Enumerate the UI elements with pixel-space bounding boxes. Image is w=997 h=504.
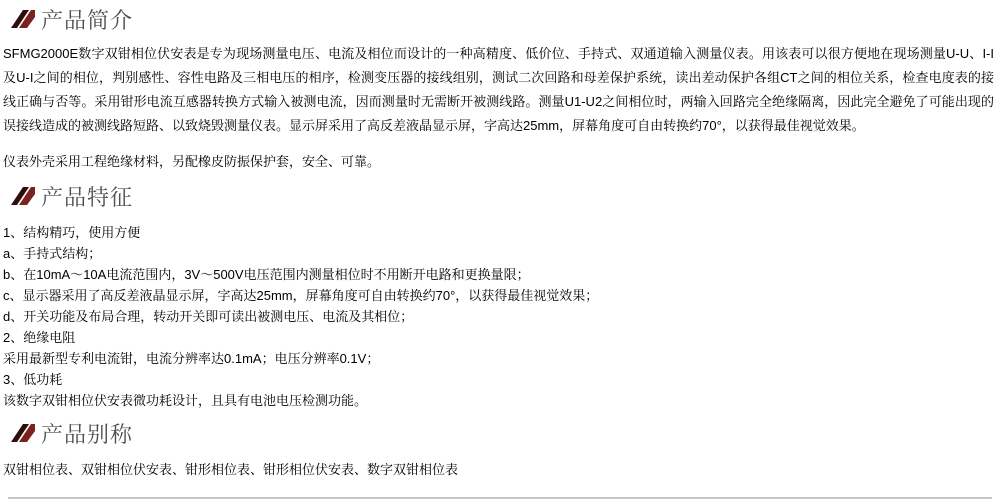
feature-line: 2、绝缘电阻 — [3, 327, 994, 348]
feature-line: d、开关功能及布局合理，转动开关即可读出被测电压、电流及其相位； — [3, 306, 994, 327]
product-description-page: 产品简介 SFMG2000E数字双钳相位伏安表是专为现场测量电压、电流及相位而设… — [0, 0, 997, 504]
feature-line: 1、结构精巧，使用方便 — [3, 222, 994, 243]
intro-paragraph-2: 仪表外壳采用工程绝缘材料，另配橡皮防振保护套，安全、可靠。 — [3, 150, 994, 174]
feature-line: 采用最新型专利电流钳，电流分辨率达0.1mA；电压分辨率0.1V； — [3, 348, 994, 369]
feature-line: a、手持式结构； — [3, 243, 994, 264]
features-list: 1、结构精巧，使用方便 a、手持式结构； b、在10mA～10A电流范围内，3V… — [3, 222, 994, 411]
section-flag-icon — [10, 9, 36, 29]
section-title-aliases: 产品别称 — [41, 418, 133, 449]
section-title-intro: 产品简介 — [41, 4, 133, 35]
feature-line: 3、低功耗 — [3, 369, 994, 390]
section-header-features: 产品特征 — [10, 183, 994, 209]
bottom-divider — [8, 497, 992, 499]
feature-line: b、在10mA～10A电流范围内，3V～500V电压范围内测量相位时不用断开电路… — [3, 264, 994, 285]
section-header-intro: 产品简介 — [10, 6, 994, 32]
section-title-features: 产品特征 — [41, 181, 133, 212]
feature-line: c、显示器采用了高反差液晶显示屏，字高达25mm，屏幕角度可自由转换约70°，以… — [3, 285, 994, 306]
feature-line: 该数字双钳相位伏安表微功耗设计，且具有电池电压检测功能。 — [3, 390, 994, 411]
section-header-aliases: 产品别称 — [10, 420, 994, 446]
intro-paragraph-1: SFMG2000E数字双钳相位伏安表是专为现场测量电压、电流及相位而设计的一种高… — [3, 42, 994, 138]
aliases-paragraph: 双钳相位表、双钳相位伏安表、钳形相位表、钳形相位伏安表、数字双钳相位表 — [3, 459, 994, 480]
section-flag-icon — [10, 186, 36, 206]
section-flag-icon — [10, 423, 36, 443]
